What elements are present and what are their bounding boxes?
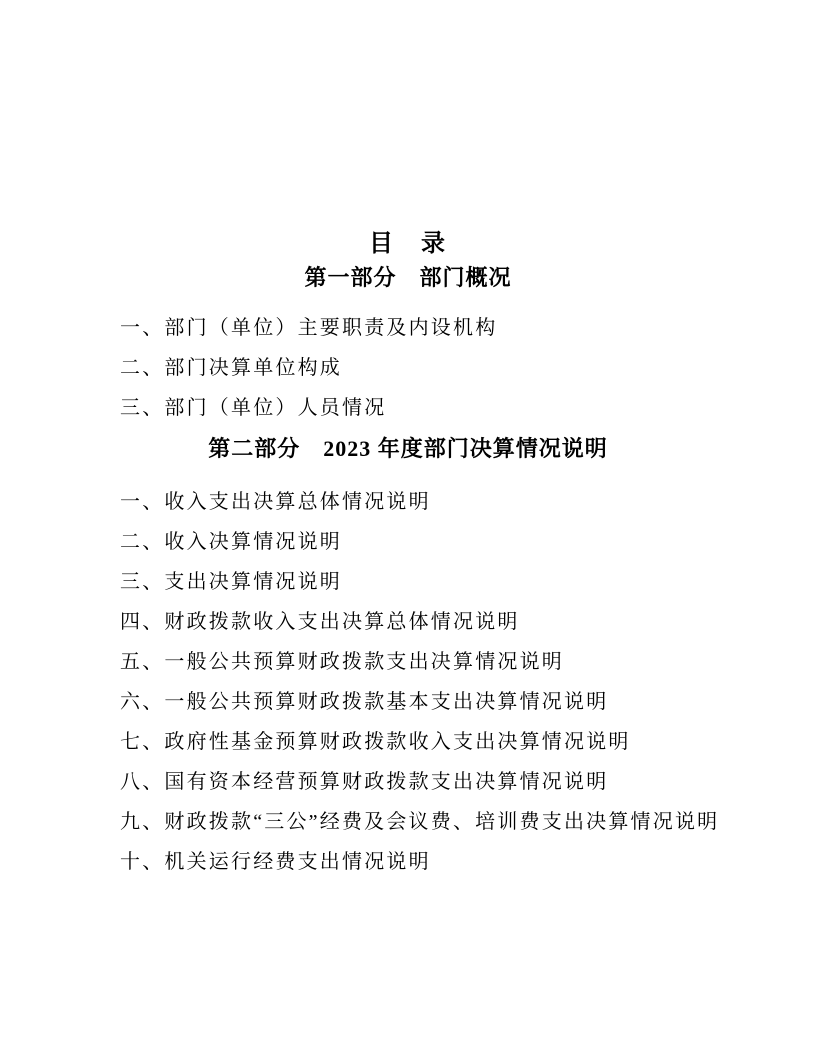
- toc-item: 三、支出决算情况说明: [120, 562, 720, 602]
- toc-item: 十、机关运行经费支出情况说明: [120, 842, 720, 882]
- toc-item: 六、一般公共预算财政拨款基本支出决算情况说明: [120, 682, 720, 722]
- toc-item: 二、收入决算情况说明: [120, 522, 720, 562]
- toc-item: 八、国有资本经营预算财政拨款支出决算情况说明: [120, 762, 720, 802]
- toc-item: 一、收入支出决算总体情况说明: [120, 482, 720, 522]
- document-page: 目 录 第一部分 部门概况 一、部门（单位）主要职责及内设机构 二、部门决算单位…: [0, 0, 816, 1056]
- toc-item: 一、部门（单位）主要职责及内设机构: [120, 308, 720, 348]
- toc-item: 七、政府性基金预算财政拨款收入支出决算情况说明: [120, 722, 720, 762]
- toc-item: 三、部门（单位）人员情况: [120, 388, 720, 428]
- toc-item: 二、部门决算单位构成: [120, 348, 720, 388]
- part2-toc-list: 一、收入支出决算总体情况说明 二、收入决算情况说明 三、支出决算情况说明 四、财…: [120, 482, 720, 882]
- part1-heading: 第一部分 部门概况: [0, 262, 816, 294]
- toc-title: 目 录: [0, 228, 816, 260]
- toc-item: 五、一般公共预算财政拨款支出决算情况说明: [120, 642, 720, 682]
- toc-item: 九、财政拨款“三公”经费及会议费、培训费支出决算情况说明: [120, 802, 720, 842]
- part1-toc-list: 一、部门（单位）主要职责及内设机构 二、部门决算单位构成 三、部门（单位）人员情…: [120, 308, 720, 428]
- toc-item: 四、财政拨款收入支出决算总体情况说明: [120, 602, 720, 642]
- part2-heading: 第二部分 2023 年度部门决算情况说明: [0, 433, 816, 465]
